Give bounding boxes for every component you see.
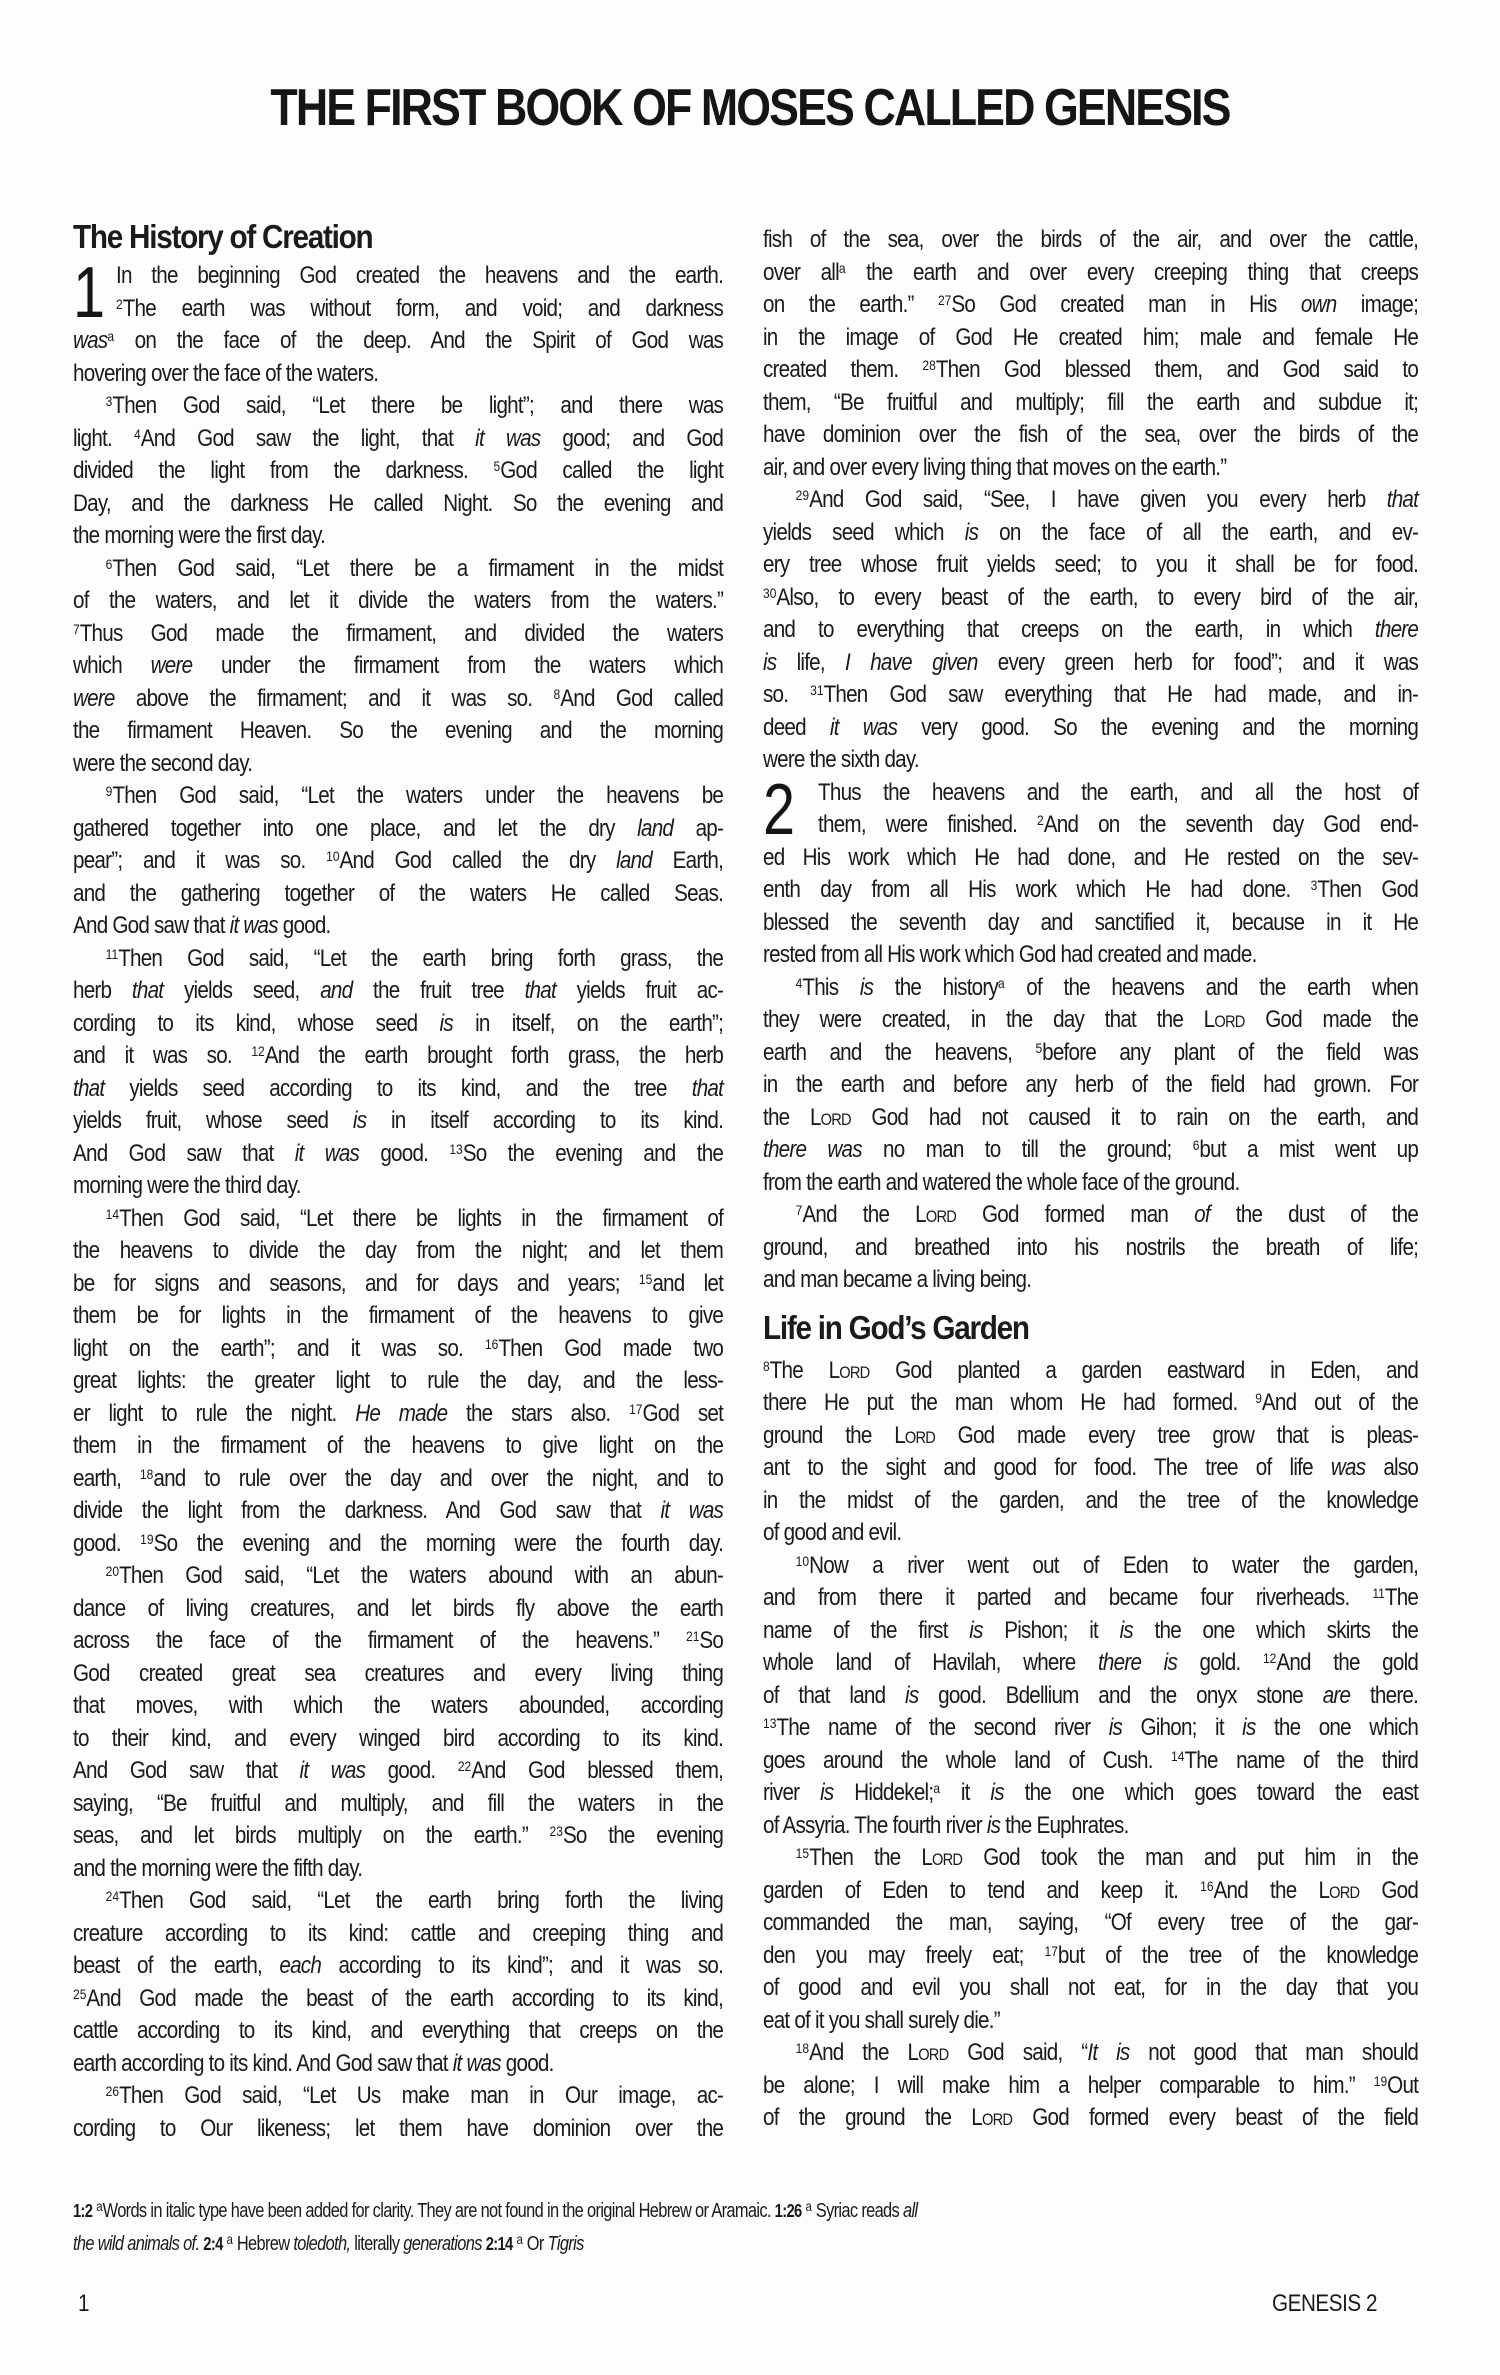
text: and it was so.: [73, 1042, 251, 1069]
verse-number: 9: [1255, 1390, 1262, 1406]
text: on the face of all the earth, and ev-: [978, 519, 1418, 546]
text-line: divide the light from the darkness. And …: [73, 1495, 723, 1528]
text: the Euphrates.: [1000, 1812, 1128, 1839]
text: name of the first: [763, 1617, 969, 1644]
text: commanded the man, saying, “Of every tre…: [763, 1909, 1418, 1936]
verse-number: 15: [796, 1845, 809, 1861]
verse-number: 11: [1372, 1585, 1385, 1601]
small-caps-text: Lord: [1318, 1877, 1359, 1904]
verse-number: 4: [796, 975, 803, 991]
text: they were created, in the day that the: [763, 1006, 1204, 1033]
text-line: earth, 18and to rule over the day and ov…: [73, 1463, 723, 1496]
text-line: In the beginning God created the heavens…: [73, 260, 723, 293]
text: Then God said, “Let the waters abound wi…: [119, 1562, 723, 1589]
italic-text: toledoth,: [293, 2233, 350, 2255]
text-line: cattle according to its kind, and everyt…: [73, 2015, 723, 2048]
italic-text: were: [73, 685, 115, 712]
text-line: seas, and let birds multiply on the eart…: [73, 1820, 723, 1853]
verse-number: 2: [1037, 812, 1044, 828]
text: The earth was without form, and void; an…: [123, 295, 723, 322]
text: The name of the second river: [776, 1714, 1108, 1741]
text: herb: [73, 977, 132, 1004]
text: yields seed which: [763, 519, 965, 546]
text: Then God said, “Let Us make man in Our i…: [119, 2082, 723, 2109]
text-line: 9Then God said, “Let the waters under th…: [73, 780, 723, 813]
footnote-reference: 2:4: [203, 2234, 222, 2254]
text: In the beginning God created the heavens…: [116, 262, 723, 289]
text: And on the seventh day God end-: [1044, 811, 1418, 838]
verse-number: 17: [1045, 1943, 1058, 1959]
text-line: on the earth.” 27So God created man in H…: [763, 289, 1418, 322]
verse-number: 8: [763, 1358, 770, 1374]
text-line: and the gathering together of the waters…: [73, 878, 723, 911]
verse-number: 13: [763, 1715, 776, 1731]
text-line: 4This is the historya of the heavens and…: [763, 972, 1418, 1005]
footnote-reference: 2:14: [486, 2234, 513, 2254]
text: very good. So the evening and the mornin…: [897, 714, 1418, 741]
text: no man to till the ground;: [862, 1136, 1193, 1163]
verse-number: 19: [1374, 2073, 1387, 2089]
text: blessed the seventh day and sanctified i…: [763, 909, 1418, 936]
text: yields seed according to its kind, and t…: [104, 1075, 691, 1102]
text: air, and over every living thing that mo…: [763, 454, 1226, 481]
text: ground the: [763, 1422, 894, 1449]
text: ground, and breathed into his nostrils t…: [763, 1234, 1418, 1261]
small-caps-text: Lord: [894, 1422, 935, 1449]
text-line: 3Then God said, “Let there be light”; an…: [73, 390, 723, 423]
italic-text: is: [353, 1107, 366, 1134]
text-line: the firmament Heaven. So the evening and…: [73, 715, 723, 748]
text: pear”; and it was so.: [73, 847, 326, 874]
text: Pishon; it: [983, 1617, 1120, 1644]
small-caps-text: Lord: [971, 2104, 1012, 2131]
text: and to everything that creeps on the ear…: [763, 616, 1375, 643]
italic-text: is: [905, 1682, 918, 1709]
text: and the gathering together of the waters…: [73, 880, 723, 907]
text: of that land: [763, 1682, 905, 1709]
text-line: ground the Lord God made every tree grow…: [763, 1420, 1418, 1453]
verse-number: 16: [485, 1336, 498, 1352]
verse-number: a: [839, 260, 846, 276]
text-line: 7Thus God made the firmament, and divide…: [73, 618, 723, 651]
text: cattle according to its kind, and everyt…: [73, 2017, 723, 2044]
right-column: fish of the sea, over the birds of the a…: [763, 224, 1418, 2135]
text: eat of it you shall surely die.”: [763, 2007, 1000, 2034]
text: Syriac reads: [812, 2200, 903, 2222]
text-line: blessed the seventh day and sanctified i…: [763, 907, 1418, 940]
text: the: [763, 1104, 810, 1131]
text: also: [1365, 1454, 1418, 1481]
text-line: 14Then God said, “Let there be lights in…: [73, 1203, 723, 1236]
text: of good and evil you shall not eat, for …: [763, 1974, 1418, 2001]
verse-number: 14: [106, 1206, 119, 1222]
text-line: from the earth and watered the whole fac…: [763, 1167, 1418, 1200]
text: And God called the dry: [340, 847, 617, 874]
text: the history: [873, 974, 998, 1001]
text: And the earth brought forth grass, the h…: [265, 1042, 723, 1069]
italic-text: and: [320, 977, 352, 1004]
italic-text: that: [132, 977, 163, 1004]
text-line: goes around the whole land of Cush. 14Th…: [763, 1745, 1418, 1778]
italic-text: is: [440, 1010, 453, 1037]
text: Thus God made the firmament, and divided…: [80, 620, 723, 647]
text: according to its kind”; and it was so.: [321, 1952, 723, 1979]
text-line: commanded the man, saying, “Of every tre…: [763, 1907, 1418, 1940]
section-heading-life-in-gods-garden: Life in God’s Garden: [763, 1305, 1353, 1355]
italic-text: of: [1194, 1201, 1210, 1228]
text: in the earth and before any herb of the …: [763, 1071, 1418, 1098]
text-line: there He put the man whom He had formed.…: [763, 1387, 1418, 1420]
footnote-reference: 1:26: [775, 2201, 802, 2221]
text-line: and to everything that creeps on the ear…: [763, 614, 1418, 647]
text: great lights: the greater light to rule …: [73, 1367, 723, 1394]
text-line: gathered together into one place, and le…: [73, 813, 723, 846]
text: So the evening: [563, 1822, 723, 1849]
text: And God called: [560, 685, 723, 712]
text: the firmament Heaven. So the evening and…: [73, 717, 723, 744]
text-line: them, were finished. 2And on the seventh…: [763, 809, 1418, 842]
verse-lines: fish of the sea, over the birds of the a…: [763, 224, 1418, 777]
text-line: 6Then God said, “Let there be a firmamen…: [73, 553, 723, 586]
text: earth according to its kind. And God saw…: [73, 2050, 453, 2077]
text-line: garden of Eden to tend and keep it. 16An…: [763, 1875, 1418, 1908]
text: So: [699, 1627, 723, 1654]
text: across the face of the firmament of the …: [73, 1627, 686, 1654]
text-line: 11Then God said, “Let the earth bring fo…: [73, 943, 723, 976]
verse-number: 24: [106, 1888, 119, 1904]
text: there He put the man whom He had formed.: [763, 1389, 1255, 1416]
text-line: cording to Our likeness; let them have d…: [73, 2113, 723, 2146]
italic-text: all: [903, 2200, 917, 2222]
italic-text: is: [965, 519, 978, 546]
verse-number: 5: [1035, 1040, 1042, 1056]
text-line: be alone; I will make him a helper compa…: [763, 2070, 1418, 2103]
text-line: created them. 28Then God blessed them, a…: [763, 354, 1418, 387]
text: God set: [642, 1400, 723, 1427]
text: them, were finished.: [818, 811, 1037, 838]
verse-number: 16: [1200, 1878, 1213, 1894]
text: and from there it parted and became four…: [763, 1584, 1372, 1611]
text: Earth,: [652, 847, 723, 874]
text: from the earth and watered the whole fac…: [763, 1169, 1239, 1196]
text: Then God said, “Let there be light”; and…: [112, 392, 723, 419]
italic-text: is: [1109, 1714, 1122, 1741]
text-line: 25And God made the beast of the earth ac…: [73, 1983, 723, 2016]
text-line: 8The Lord God planted a garden eastward …: [763, 1355, 1418, 1388]
verse-number: a: [933, 1780, 940, 1796]
section-heading-history-of-creation: The History of Creation: [73, 214, 658, 260]
verse-number: 28: [922, 357, 935, 373]
text-line: fish of the sea, over the birds of the a…: [763, 224, 1418, 257]
italic-text: there was: [763, 1136, 862, 1163]
text: So the evening and the morning were the …: [154, 1530, 724, 1557]
text-line: whole land of Havilah, where there is go…: [763, 1647, 1418, 1680]
verse-number: 17: [629, 1401, 642, 1417]
text-line: saying, “Be fruitful and multiply, and f…: [73, 1788, 723, 1821]
text: And God said, “See, I have given you eve…: [809, 486, 1387, 513]
text: Then God said, “Let there be lights in t…: [119, 1205, 723, 1232]
text-line: rested from all His work which God had c…: [763, 939, 1418, 972]
text-line: in the earth and before any herb of the …: [763, 1069, 1418, 1102]
verse-number: 3: [1311, 877, 1318, 893]
text: Thus the heavens and the earth, and all …: [818, 779, 1418, 806]
text-line: And God saw that it was good. 13So the e…: [73, 1138, 723, 1171]
text: And the: [802, 1201, 915, 1228]
verse-number: 20: [106, 1563, 119, 1579]
text-line: great lights: the greater light to rule …: [73, 1365, 723, 1398]
text-line: And God saw that it was good. 22And God …: [73, 1755, 723, 1788]
text: ap-: [673, 815, 723, 842]
text-line: pear”; and it was so. 10And God called t…: [73, 845, 723, 878]
text-line: dance of living creatures, and let birds…: [73, 1593, 723, 1626]
text: be alone; I will make him a helper compa…: [763, 2072, 1374, 2099]
text: yields fruit ac-: [556, 977, 723, 1004]
text: Hebrew: [233, 2233, 293, 2255]
verse-number: a: [96, 2198, 102, 2214]
verse-number: 12: [1263, 1650, 1276, 1666]
text-line: 26Then God said, “Let Us make man in Our…: [73, 2080, 723, 2113]
text: Then God said, “Let the waters under the…: [112, 782, 723, 809]
text: good.: [359, 1140, 449, 1167]
text: Now a river went out of Eden to water th…: [809, 1552, 1418, 1579]
verse-number: 8: [554, 686, 561, 702]
text-line: earth and the heavens, 5before any plant…: [763, 1037, 1418, 1070]
verse-number: a: [107, 328, 114, 344]
text-line: they were created, in the day that the L…: [763, 1004, 1418, 1037]
text-line: deed it was very good. So the evening an…: [763, 712, 1418, 745]
text: that moves, with which the waters abound…: [73, 1692, 723, 1719]
left-column: The History of Creation 1 In the beginni…: [73, 214, 723, 2145]
text: and the morning were the fifth day.: [73, 1855, 362, 1882]
text: Then the: [809, 1844, 921, 1871]
text-line: river is Hiddekel;a it is the one which …: [763, 1777, 1418, 1810]
italic-text: the wild animals of.: [73, 2233, 199, 2255]
text: on the earth.”: [763, 291, 938, 318]
text-line: over alla the earth and over every creep…: [763, 257, 1418, 290]
text-line: which were under the firmament from the …: [73, 650, 723, 683]
small-caps-text: Lord: [810, 1104, 851, 1131]
verse-number: 18: [796, 2040, 809, 2056]
italic-text: that: [692, 1075, 723, 1102]
text: yields fruit, whose seed: [73, 1107, 353, 1134]
italic-text: is: [860, 974, 873, 1001]
text: in itself, on the earth”;: [453, 1010, 723, 1037]
verse-number: 5: [494, 458, 501, 474]
chapter-1: 1 In the beginning God created the heave…: [73, 260, 723, 2145]
text: God planted a garden eastward in Eden, a…: [869, 1357, 1418, 1384]
verse-number: 4: [134, 426, 141, 442]
text: good.: [278, 912, 331, 939]
text-line: 30Also, to every beast of the earth, to …: [763, 582, 1418, 615]
text-line: 10Now a river went out of Eden to water …: [763, 1550, 1418, 1583]
text-line: ground, and breathed into his nostrils t…: [763, 1232, 1418, 1265]
italic-text: that: [1387, 486, 1418, 513]
text: were the second day.: [73, 750, 252, 777]
verse-lines: Thus the heavens and the earth, and all …: [763, 777, 1418, 1297]
text: Then God made two: [498, 1335, 723, 1362]
text-line: have dominion over the fish of the sea, …: [763, 419, 1418, 452]
small-caps-text: Lord: [921, 1844, 962, 1871]
text: the earth and over every creeping thing …: [846, 259, 1418, 286]
text: er light to rule the night.: [73, 1400, 355, 1427]
text-line: yields fruit, whose seed is in itself ac…: [73, 1105, 723, 1138]
text-line: morning were the third day.: [73, 1170, 723, 1203]
text: earth and the heavens,: [763, 1039, 1035, 1066]
text: Out: [1387, 2072, 1418, 2099]
text: Also, to every beast of the earth, to ev…: [776, 584, 1418, 611]
text: Then God blessed them, and God said to: [936, 356, 1418, 383]
text-line: 18And the Lord God said, “It is not good…: [763, 2037, 1418, 2070]
text: The: [770, 1357, 829, 1384]
text-line: the morning were the first day.: [73, 520, 723, 553]
text: fish of the sea, over the birds of the a…: [763, 226, 1418, 253]
text-line: of Assyria. The fourth river is the Euph…: [763, 1810, 1418, 1843]
text-line: to their kind, and every winged bird acc…: [73, 1723, 723, 1756]
text: them, “Be fruitful and multiply; fill th…: [763, 389, 1418, 416]
text: God had not caused it to rain on the ear…: [851, 1104, 1418, 1131]
text: light on the earth”; and it was so.: [73, 1335, 485, 1362]
text: Then God said, “Let there be a firmament…: [112, 555, 723, 582]
italic-text: there: [1375, 616, 1418, 643]
text-line: name of the first is Pishon; it is the o…: [763, 1615, 1418, 1648]
italic-text: land: [616, 847, 652, 874]
italic-text: He made: [355, 1400, 447, 1427]
text: God took the man and put him in the: [962, 1844, 1418, 1871]
text: and man became a living being.: [763, 1266, 1031, 1293]
text-line: 24Then God said, “Let the earth bring fo…: [73, 1885, 723, 1918]
verse-number: 25: [73, 1986, 86, 2002]
text: in itself according to its kind.: [366, 1107, 723, 1134]
text-line: 13The name of the second river is Gihon;…: [763, 1712, 1418, 1745]
text-line: ery tree whose fruit yields seed; to you…: [763, 549, 1418, 582]
text-line: were the second day.: [73, 748, 723, 781]
text: This: [802, 974, 859, 1001]
text: goes around the whole land of Cush.: [763, 1747, 1171, 1774]
footnote-reference: 1:2: [73, 2201, 92, 2221]
text: ed His work which He had done, and He re…: [763, 844, 1418, 871]
italic-text: are: [1323, 1682, 1351, 1709]
text: The name of the third: [1184, 1747, 1418, 1774]
verse-number: 2: [116, 296, 123, 312]
text-line: earth according to its kind. And God saw…: [73, 2048, 723, 2081]
text: of Assyria. The fourth river: [763, 1812, 987, 1839]
text-line: divided the light from the darkness. 5Go…: [73, 455, 723, 488]
verse-number: 22: [458, 1758, 471, 1774]
text: den you may freely eat;: [763, 1942, 1045, 1969]
text: of the ground the: [763, 2104, 971, 2131]
text-line: Thus the heavens and the earth, and all …: [763, 777, 1418, 810]
text: And God made the beast of the earth acco…: [86, 1985, 723, 2012]
text: gathered together into one place, and le…: [73, 815, 637, 842]
verse-number: 12: [251, 1043, 264, 1059]
italic-text: is: [763, 649, 776, 676]
text: and let: [652, 1270, 723, 1297]
text: enth day from all His work which He had …: [763, 876, 1311, 903]
text: image;: [1336, 291, 1418, 318]
text-line: of the ground the Lord God formed every …: [763, 2102, 1418, 2135]
italic-text: generations: [403, 2233, 482, 2255]
italic-text: it was: [453, 2050, 501, 2077]
text: So God created man in His: [951, 291, 1301, 318]
verse-lines: 8The Lord God planted a garden eastward …: [763, 1355, 1418, 2135]
text: seas, and let birds multiply on the eart…: [73, 1822, 550, 1849]
text: in the image of God He created him; male…: [763, 324, 1418, 351]
text: And the gold: [1276, 1649, 1418, 1676]
text-line: air, and over every living thing that mo…: [763, 452, 1418, 485]
italic-text: is: [820, 1779, 833, 1806]
text-line: in the image of God He created him; male…: [763, 322, 1418, 355]
verse-number: 10: [326, 848, 339, 864]
italic-text: it was: [830, 714, 897, 741]
text-line: of the waters, and let it divide the wat…: [73, 585, 723, 618]
italic-text: was: [1331, 1454, 1365, 1481]
text: Hiddekel;: [833, 1779, 933, 1806]
text: God said, “: [948, 2039, 1087, 2066]
text: good.: [501, 2050, 554, 2077]
text: it: [940, 1779, 990, 1806]
text: dance of living creatures, and let birds…: [73, 1595, 723, 1622]
text: rested from all His work which God had c…: [763, 941, 1257, 968]
text: divide the light from the darkness. And …: [73, 1497, 660, 1524]
italic-text: is: [969, 1617, 982, 1644]
text-line: is life, I have given every green herb f…: [763, 647, 1418, 680]
text-line: beast of the earth, each according to it…: [73, 1950, 723, 1983]
text: gold.: [1177, 1649, 1263, 1676]
italic-text: it was: [300, 1757, 366, 1784]
text: ant to the sight and good for food. The …: [763, 1454, 1331, 1481]
text: Day, and the darkness He called Night. S…: [73, 490, 723, 517]
text: So the evening and the: [463, 1140, 723, 1167]
text: Gihon; it: [1122, 1714, 1242, 1741]
page-number: 1: [78, 2290, 89, 2318]
text: And God blessed them,: [471, 1757, 723, 1784]
text: good; and God: [540, 425, 723, 452]
small-caps-text: Lord: [907, 2039, 948, 2066]
verse-number: 6: [106, 556, 113, 572]
verse-number: 7: [73, 621, 80, 637]
footnote-line: the wild animals of. 2:4 a Hebrew toledo…: [73, 2228, 1180, 2261]
text-line: and from there it parted and became four…: [763, 1582, 1418, 1615]
text: The: [1385, 1584, 1418, 1611]
verse-number: 31: [810, 682, 823, 698]
small-caps-text: Lord: [829, 1357, 870, 1384]
text-line: ant to the sight and good for food. The …: [763, 1452, 1418, 1485]
text: but of the tree of the knowledge: [1058, 1942, 1418, 1969]
italic-text: is: [1120, 1617, 1133, 1644]
verse-number: 23: [550, 1823, 563, 1839]
text: be for signs and seasons, and for days a…: [73, 1270, 639, 1297]
text: good.: [73, 1530, 140, 1557]
text: there.: [1350, 1682, 1418, 1709]
italic-text: it was: [230, 912, 278, 939]
text-line: and the morning were the fifth day.: [73, 1853, 723, 1886]
text: And God saw that: [73, 912, 230, 939]
text-line: the heavens to divide the day from the n…: [73, 1235, 723, 1268]
italic-text: Tigris: [548, 2233, 584, 2255]
text: good.: [365, 1757, 458, 1784]
verse-number: 6: [1193, 1137, 1200, 1153]
text: of the waters, and let it divide the wat…: [73, 587, 723, 614]
text-line: them in the firmament of the heavens to …: [73, 1430, 723, 1463]
text: but a mist went up: [1199, 1136, 1418, 1163]
text: And God saw the light, that: [141, 425, 475, 452]
text: and to rule over the day and over the ni…: [153, 1465, 723, 1492]
verse-number: 29: [796, 487, 809, 503]
text-line: of good and evil.: [763, 1517, 1418, 1550]
verse-number: 26: [106, 2083, 119, 2099]
verse-number: 13: [449, 1141, 462, 1157]
verse-number: 30: [763, 585, 776, 601]
